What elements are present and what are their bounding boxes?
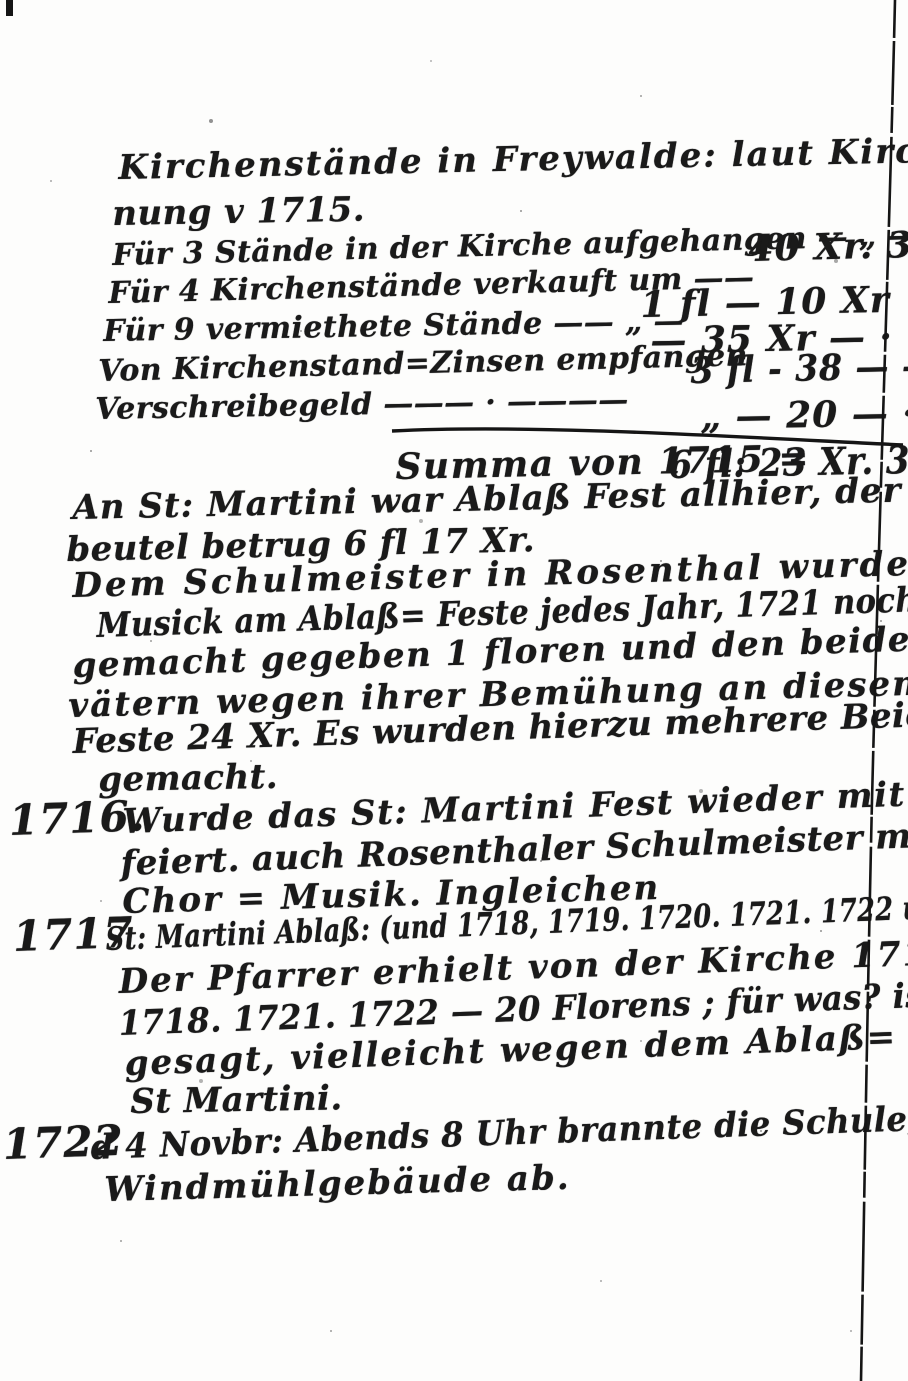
entry-1717-line: St Martini. xyxy=(130,1078,343,1122)
paper-speckles xyxy=(0,0,2,2)
manuscript-page: Kirchenstände in Freywalde: laut Kirchen… xyxy=(0,0,908,1381)
account-row-amount: „ — 20 — · xyxy=(700,392,908,438)
heading-line: Kirchenstände in Freywalde: laut Kirchen… xyxy=(118,126,908,188)
account-row-amount: 40 Xr. 3 pf xyxy=(748,223,908,270)
entry-1722-line: Windmühlgebäude ab. xyxy=(104,1158,571,1210)
account-row-label: Verschreibegeld ——— · ———— xyxy=(95,383,629,427)
account-row-amount: 3 fl - 38 — — xyxy=(690,345,908,392)
heading-line: nung v 1715. xyxy=(112,190,365,234)
corner-ink-mark xyxy=(6,0,13,16)
